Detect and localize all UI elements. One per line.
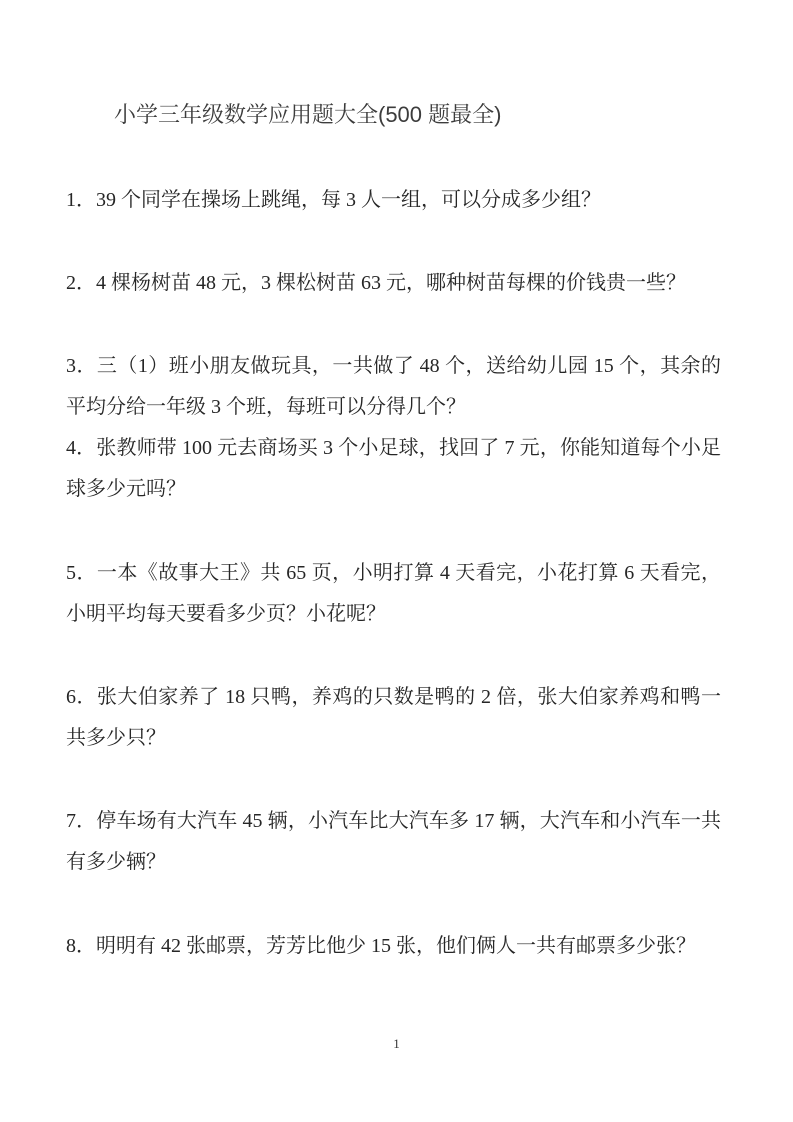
document-page: 小学三年级数学应用题大全(500 题最全) 1．39 个同学在操场上跳绳，每 3… — [0, 0, 793, 1122]
question-4: 4．张教师带 100 元去商场买 3 个小足球，找回了 7 元，你能知道每个小足… — [66, 428, 721, 510]
question-7: 7．停车场有大汽车 45 辆，小汽车比大汽车多 17 辆，大汽车和小汽车一共有多… — [66, 801, 721, 883]
question-8: 8．明明有 42 张邮票，芳芳比他少 15 张，他们俩人一共有邮票多少张？ — [66, 926, 721, 967]
question-2: 2．4 棵杨树苗 48 元，3 棵松树苗 63 元，哪种树苗每棵的价钱贵一些？ — [66, 263, 721, 304]
question-6: 6．张大伯家养了 18 只鸭，养鸡的只数是鸭的 2 倍，张大伯家养鸡和鸭一共多少… — [66, 677, 721, 759]
page-title: 小学三年级数学应用题大全(500 题最全) — [114, 100, 754, 130]
question-5: 5．一本《故事大王》共 65 页，小明打算 4 天看完，小花打算 6 天看完，小… — [66, 553, 721, 635]
question-1: 1．39 个同学在操场上跳绳，每 3 人一组，可以分成多少组？ — [66, 180, 721, 221]
page-number: 1 — [0, 1035, 793, 1053]
question-3: 3．三（1）班小朋友做玩具，一共做了 48 个，送给幼儿园 15 个，其余的平均… — [66, 346, 721, 428]
